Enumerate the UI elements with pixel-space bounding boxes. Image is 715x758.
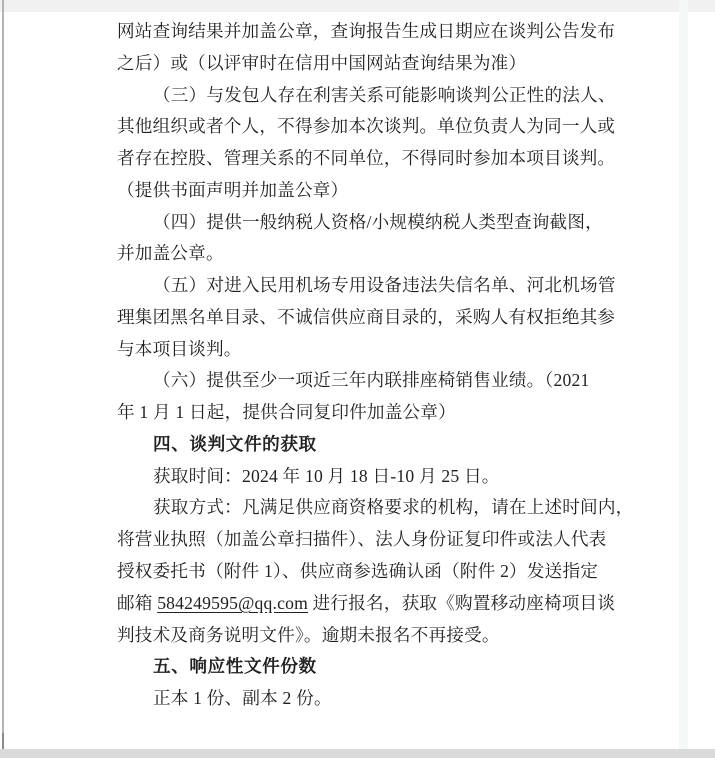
text-line: 年 1 月 1 日起，提供合同复印件加盖公章）	[117, 397, 629, 429]
text-line: 者存在控股、管理关系的不同单位，不得同时参加本项目谈判。	[117, 143, 629, 175]
document-page: 网站查询结果并加盖公章，查询报告生成日期应在谈判公告发布之后）或（以评审时在信用…	[0, 0, 715, 758]
text-line: 授权委托书（附件 1）、供应商参选确认函（附件 2）发送指定	[117, 556, 629, 588]
text-line: 其他组织或者个人，不得参加本次谈判。单位负责人为同一人或	[117, 111, 629, 143]
document-text: 网站查询结果并加盖公章，查询报告生成日期应在谈判公告发布之后）或（以评审时在信用…	[117, 16, 629, 715]
page-left-edge-line-dark	[2, 733, 4, 749]
text-line: 网站查询结果并加盖公章，查询报告生成日期应在谈判公告发布	[117, 16, 629, 48]
text-line: 获取时间：2024 年 10 月 18 日-10 月 25 日。	[117, 461, 629, 493]
text-line: （三）与发包人存在利害关系可能影响谈判公正性的法人、	[117, 80, 629, 112]
scan-artifact-strip	[679, 0, 688, 758]
text-line: 理集团黑名单目录、不诚信供应商目录的，采购人有权拒绝其参	[117, 302, 629, 334]
text-line: 与本项目谈判。	[117, 334, 629, 366]
text-line: 邮箱 584249595@qq.com 进行报名，获取《购置移动座椅项目谈	[117, 588, 629, 620]
text-line: 获取方式：凡满足供应商资格要求的机构，请在上述时间内，	[117, 492, 629, 524]
page-bottom-edge	[0, 749, 715, 758]
page-left-edge-line	[2, 0, 4, 749]
section-heading: 五、响应性文件份数	[117, 651, 629, 683]
email-link[interactable]: 584249595@qq.com	[157, 593, 308, 613]
text-line: （六）提供至少一项近三年内联排座椅销售业绩。（2021	[117, 365, 629, 397]
text-line: （四）提供一般纳税人资格/小规模纳税人类型查询截图，	[117, 207, 629, 239]
text-segment: 邮箱	[117, 593, 157, 613]
text-line: 之后）或（以评审时在信用中国网站查询结果为准）	[117, 48, 629, 80]
text-line: 正本 1 份、副本 2 份。	[117, 683, 629, 715]
text-segment: 进行报名，获取《购置移动座椅项目谈	[308, 593, 615, 613]
section-heading: 四、谈判文件的获取	[117, 429, 629, 461]
text-line: （五）对进入民用机场专用设备违法失信名单、河北机场管	[117, 270, 629, 302]
text-line: 将营业执照（加盖公章扫描件）、法人身份证复印件或法人代表	[117, 524, 629, 556]
text-line: （提供书面声明并加盖公章）	[117, 175, 629, 207]
page-top-edge	[0, 0, 715, 12]
text-line: 判技术及商务说明文件》。逾期未报名不再接受。	[117, 620, 629, 652]
text-line: 并加盖公章。	[117, 238, 629, 270]
